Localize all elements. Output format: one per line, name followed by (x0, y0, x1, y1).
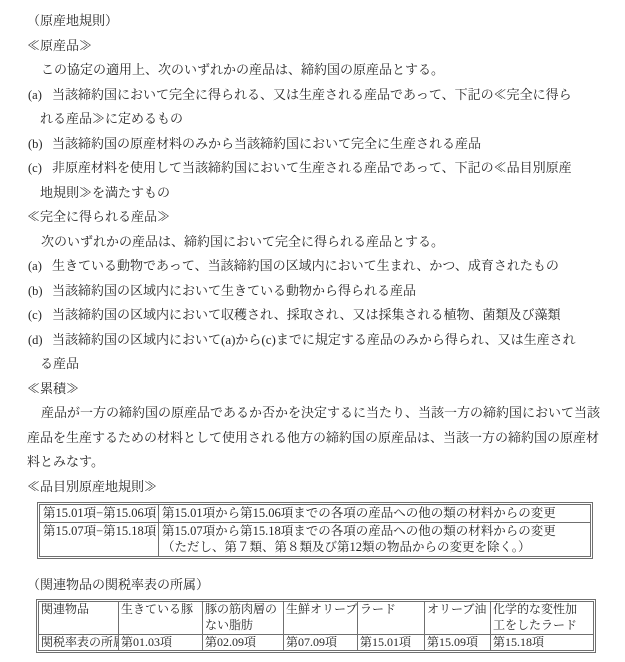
tariff-header-cell: ラード (358, 602, 425, 635)
document-lines: （原産地規則）≪原産品≫この協定の適用上、次のいずれかの産品は、締約国の原産品と… (0, 9, 625, 499)
text-line: ≪累積≫ (0, 377, 625, 402)
tariff-section-heading: （関連物品の関税率表の所属） (0, 573, 625, 598)
text-run: る産品 (40, 356, 79, 371)
tariff-table-wrap: 関連物品生きている豚豚の筋肉層のない脂肪生鮮オリーブラードオリーブ油化学的な変性… (36, 599, 596, 653)
heading-range-cell: 第15.07項−第15.18項 (40, 522, 159, 556)
tariff-header-line: 豚の筋肉層の (205, 602, 281, 618)
psr-table-body: 第15.01項−第15.06項第15.01項から第15.06項までの各項の産品へ… (40, 505, 591, 557)
tariff-data-cell: 第02.09項 (203, 634, 284, 651)
text-run: ≪完全に得られる産品≫ (27, 209, 170, 224)
item-marker: (c) (28, 156, 52, 181)
tariff-header-cell: 生きている豚 (119, 602, 203, 635)
text-line: 地規則≫を満たすもの (0, 181, 625, 206)
tariff-header-line: 生鮮オリーブ (286, 602, 355, 618)
text-run: 次のいずれかの産品は、締約国において完全に得られる産品とする。 (41, 234, 444, 249)
text-line: 次のいずれかの産品は、締約国において完全に得られる産品とする。 (0, 230, 625, 255)
document-page: （原産地規則）≪原産品≫この協定の適用上、次のいずれかの産品は、締約国の原産品と… (0, 0, 625, 662)
text-run: 当該締約国の区域内において生きている動物から得られる産品 (52, 283, 416, 298)
tariff-data-cell: 関税率表の所属 (39, 634, 119, 651)
heading-range-cell: 第15.01項−第15.06項 (40, 505, 159, 523)
tariff-table-data-row: 関税率表の所属第01.03項第02.09項第07.09項第15.01項第15.0… (39, 634, 594, 651)
text-line: 産品を生産するための材料として使用される他方の締約国の原産品は、当該一方の締約国… (0, 426, 625, 451)
tariff-header-cell: オリーブ油 (425, 602, 491, 635)
tariff-data-cell: 第15.18項 (491, 634, 594, 651)
text-run: ≪累積≫ (27, 381, 79, 396)
tariff-table: 関連物品生きている豚豚の筋肉層のない脂肪生鮮オリーブラードオリーブ油化学的な変性… (38, 601, 594, 651)
rule-cell: 第15.07項から第15.18項までの各項の産品への他の類の材料からの変更（ただ… (159, 522, 591, 556)
text-run: れる産品≫に定めるもの (40, 111, 183, 126)
tariff-header-line: ない脂肪 (205, 618, 281, 634)
tariff-header-line: ラード (360, 602, 422, 618)
item-marker: (b) (28, 132, 52, 157)
text-line: (d)当該締約国の区域内において(a)から(c)までに規定する産品のみから得られ… (0, 328, 625, 353)
text-run: ≪品目別原産地規則≫ (27, 479, 157, 494)
text-line: 料とみなす。 (0, 450, 625, 475)
psr-table: 第15.01項−第15.06項第15.01項から第15.06項までの各項の産品へ… (39, 504, 591, 557)
text-run: （原産地規則） (27, 13, 118, 28)
tariff-header-cell: 生鮮オリーブ (284, 602, 358, 635)
text-line: る産品 (0, 352, 625, 377)
tariff-header-line: オリーブ油 (427, 602, 488, 618)
text-run: 当該締約国の原産材料のみから当該締約国において完全に生産される産品 (52, 136, 481, 151)
text-run: 地規則≫を満たすもの (40, 185, 170, 200)
text-line: (b)当該締約国の区域内において生きている動物から得られる産品 (0, 279, 625, 304)
tariff-data-cell: 第15.01項 (358, 634, 425, 651)
text-run: 非原産材料を使用して当該締約国において生産される産品であって、下記の≪品目別原産 (52, 160, 572, 175)
item-marker: (a) (28, 254, 52, 279)
tariff-header-line: 工をしたラード (493, 618, 591, 634)
rule-line: （ただし、第７類、第８類及び第12類の物品からの変更を除く。） (162, 539, 587, 556)
tariff-data-cell: 第15.09項 (425, 634, 491, 651)
rule-line: 第15.01項から第15.06項までの各項の産品への他の類の材料からの変更 (162, 505, 587, 522)
tariff-table-header-row: 関連物品生きている豚豚の筋肉層のない脂肪生鮮オリーブラードオリーブ油化学的な変性… (39, 602, 594, 635)
tariff-header-cell: 関連物品 (39, 602, 119, 635)
psr-table-wrap: 第15.01項−第15.06項第15.01項から第15.06項までの各項の産品へ… (37, 502, 593, 559)
text-line: 産品が一方の締約国の原産品であるか否かを決定するに当たり、当該一方の締約国におい… (0, 401, 625, 426)
text-line: れる産品≫に定めるもの (0, 107, 625, 132)
tariff-header-line: 関連物品 (41, 602, 116, 618)
tariff-data-cell: 第01.03項 (119, 634, 203, 651)
text-run: 料とみなす。 (27, 454, 104, 469)
tariff-header-cell: 化学的な変性加工をしたラード (491, 602, 594, 635)
tariff-data-cell: 第07.09項 (284, 634, 358, 651)
tariff-header-cell: 豚の筋肉層のない脂肪 (203, 602, 284, 635)
text-run: 当該締約国の区域内において(a)から(c)までに規定する産品のみから得られ、又は… (52, 332, 576, 347)
text-run: 産品が一方の締約国の原産品であるか否かを決定するに当たり、当該一方の締約国におい… (41, 405, 600, 420)
text-line: ≪原産品≫ (0, 34, 625, 59)
item-marker: (c) (28, 303, 52, 328)
psr-table-row: 第15.01項−第15.06項第15.01項から第15.06項までの各項の産品へ… (40, 505, 591, 523)
text-run: 産品を生産するための材料として使用される他方の締約国の原産品は、当該一方の締約国… (27, 430, 599, 445)
text-line: この協定の適用上、次のいずれかの産品は、締約国の原産品とする。 (0, 58, 625, 83)
item-marker: (a) (28, 83, 52, 108)
text-line: ≪完全に得られる産品≫ (0, 205, 625, 230)
text-run: 当該締約国において完全に得られる、又は生産される産品であって、下記の≪完全に得ら (52, 87, 572, 102)
tariff-header-line: 生きている豚 (121, 602, 200, 618)
text-line: (a)当該締約国において完全に得られる、又は生産される産品であって、下記の≪完全… (0, 83, 625, 108)
text-line: (c)当該締約国の区域内において収穫され、採取され、又は採集される植物、菌類及び… (0, 303, 625, 328)
text-line: （原産地規則） (0, 9, 625, 34)
text-run: この協定の適用上、次のいずれかの産品は、締約国の原産品とする。 (41, 62, 444, 77)
text-run: 生きている動物であって、当該締約国の区域内において生まれ、かつ、成育されたもの (52, 258, 559, 273)
rule-cell: 第15.01項から第15.06項までの各項の産品への他の類の材料からの変更 (159, 505, 591, 523)
item-marker: (d) (28, 328, 52, 353)
text-line: ≪品目別原産地規則≫ (0, 475, 625, 500)
text-line: (b)当該締約国の原産材料のみから当該締約国において完全に生産される産品 (0, 132, 625, 157)
psr-table-row: 第15.07項−第15.18項第15.07項から第15.18項までの各項の産品へ… (40, 522, 591, 556)
text-line: (c)非原産材料を使用して当該締約国において生産される産品であって、下記の≪品目… (0, 156, 625, 181)
text-run: ≪原産品≫ (27, 38, 92, 53)
rule-line: 第15.07項から第15.18項までの各項の産品への他の類の材料からの変更 (162, 523, 587, 540)
tariff-table-body: 関連物品生きている豚豚の筋肉層のない脂肪生鮮オリーブラードオリーブ油化学的な変性… (39, 602, 594, 651)
text-run: 当該締約国の区域内において収穫され、採取され、又は採集される植物、菌類及び藻類 (52, 307, 561, 322)
tariff-header-line: 化学的な変性加 (493, 602, 591, 618)
item-marker: (b) (28, 279, 52, 304)
text-line: (a)生きている動物であって、当該締約国の区域内において生まれ、かつ、成育された… (0, 254, 625, 279)
